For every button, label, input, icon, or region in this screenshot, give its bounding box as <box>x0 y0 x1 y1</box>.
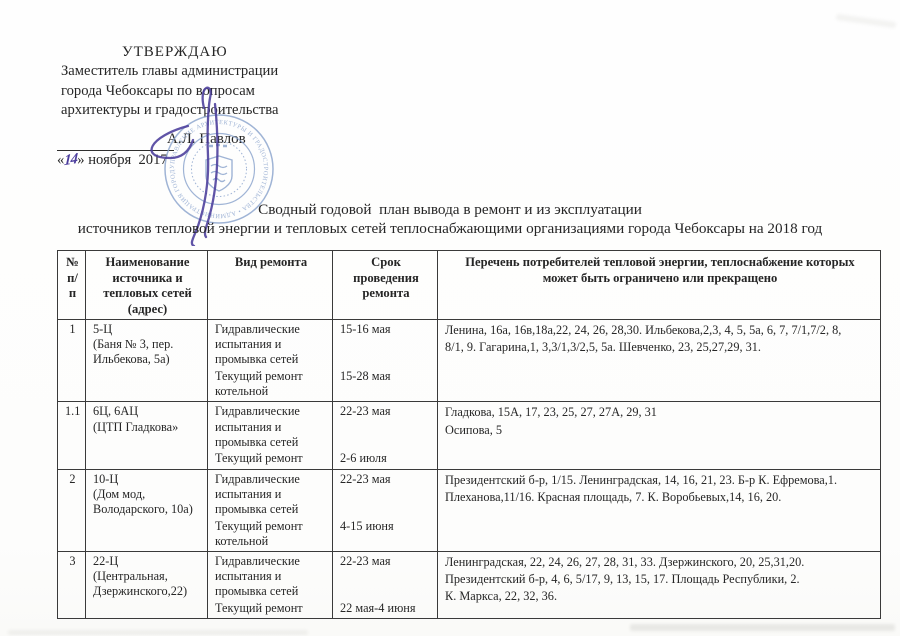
document-title-line2: источников тепловой энергии и тепловых с… <box>0 220 900 238</box>
table-row: 2 10-Ц (Дом мод, Володарского, 10а) Гидр… <box>58 469 881 551</box>
repair-type-2: Текущий ремонт <box>215 451 327 466</box>
consumers-list: Гладкова, 15А, 17, 23, 25, 27, 27А, 29, … <box>438 402 881 469</box>
repair-period-1: 22-23 мая <box>340 554 432 601</box>
source-name: 6Ц, 6АЦ (ЦТП Гладкова» <box>86 402 208 469</box>
repair-type-cell: Гидравлические испытания и промывка сете… <box>208 469 333 551</box>
scan-artifact <box>630 624 895 631</box>
repair-period-1: 22-23 мая <box>340 472 432 519</box>
repair-type-cell: Гидравлические испытания и промывка сете… <box>208 552 333 619</box>
repair-period-cell: 22-23 мая 22 мая-4 июня <box>333 552 438 619</box>
header-consumers: Перечень потребителей тепловой энергии, … <box>438 251 881 320</box>
row-number: 2 <box>58 469 86 551</box>
source-name: 10-Ц (Дом мод, Володарского, 10а) <box>86 469 208 551</box>
approval-heading: УТВЕРЖДАЮ <box>122 44 228 61</box>
consumers-list: Ленина, 16а, 16в,18а,22, 24, 26, 28,30. … <box>438 320 881 402</box>
header-repair-period: Срок проведения ремонта <box>333 251 438 320</box>
repair-type-1: Гидравлические испытания и промывка сете… <box>215 404 327 451</box>
repair-type-2: Текущий ремонт котельной <box>215 369 327 399</box>
repair-type-1: Гидравлические испытания и промывка сете… <box>215 472 327 519</box>
header-repair-type: Вид ремонта <box>208 251 333 320</box>
signature-stroke <box>152 126 193 158</box>
repair-period-2: 2-6 июля <box>340 451 432 466</box>
repair-type-cell: Гидравлические испытания и промывка сете… <box>208 402 333 469</box>
repair-type-1: Гидравлические испытания и промывка сете… <box>215 322 327 369</box>
repair-type-cell: Гидравлические испытания и промывка сете… <box>208 320 333 402</box>
scan-artifact <box>836 14 896 28</box>
repair-period-cell: 15-16 мая 15-28 мая <box>333 320 438 402</box>
table-row: 3 22-Ц (Центральная, Дзержинского,22) Ги… <box>58 552 881 619</box>
repair-period-cell: 22-23 мая 4-15 июня <box>333 469 438 551</box>
scan-artifact <box>8 630 308 635</box>
document-title-line1: Сводный годовой план вывода в ремонт и и… <box>0 201 900 219</box>
table-row: 1.1 6Ц, 6АЦ (ЦТП Гладкова» Гидравлически… <box>58 402 881 469</box>
source-name: 22-Ц (Центральная, Дзержинского,22) <box>86 552 208 619</box>
consumers-list: Президентский б-р, 1/15. Ленинградская, … <box>438 469 881 551</box>
handwritten-day: 14 <box>64 151 78 170</box>
repair-period-2: 22 мая-4 июня <box>340 601 432 616</box>
scanned-document-page: УТВЕРЖДАЮ Заместитель главы администраци… <box>0 0 900 636</box>
row-number: 3 <box>58 552 86 619</box>
row-number: 1 <box>58 320 86 402</box>
repair-period-2: 4-15 июня <box>340 519 432 534</box>
repair-period-1: 22-23 мая <box>340 404 432 451</box>
table-header-row: № п/п Наименование источника и тепловых … <box>58 251 881 320</box>
repair-type-2: Текущий ремонт котельной <box>215 519 327 549</box>
consumers-list: Ленинградская, 22, 24, 26, 27, 28, 31, 3… <box>438 552 881 619</box>
repair-type-1: Гидравлические испытания и промывка сете… <box>215 554 327 601</box>
header-num: № п/п <box>58 251 86 320</box>
table-row: 1 5-Ц (Баня № 3, пер. Ильбекова, 5а) Гид… <box>58 320 881 402</box>
repair-period-cell: 22-23 мая 2-6 июля <box>333 402 438 469</box>
repair-period-1: 15-16 мая <box>340 322 432 369</box>
row-number: 1.1 <box>58 402 86 469</box>
repair-period-2: 15-28 мая <box>340 369 432 384</box>
repair-plan-table: № п/п Наименование источника и тепловых … <box>57 250 881 619</box>
header-source-name: Наименование источника и тепловых сетей … <box>86 251 208 320</box>
source-name: 5-Ц (Баня № 3, пер. Ильбекова, 5а) <box>86 320 208 402</box>
repair-type-2: Текущий ремонт <box>215 601 327 616</box>
